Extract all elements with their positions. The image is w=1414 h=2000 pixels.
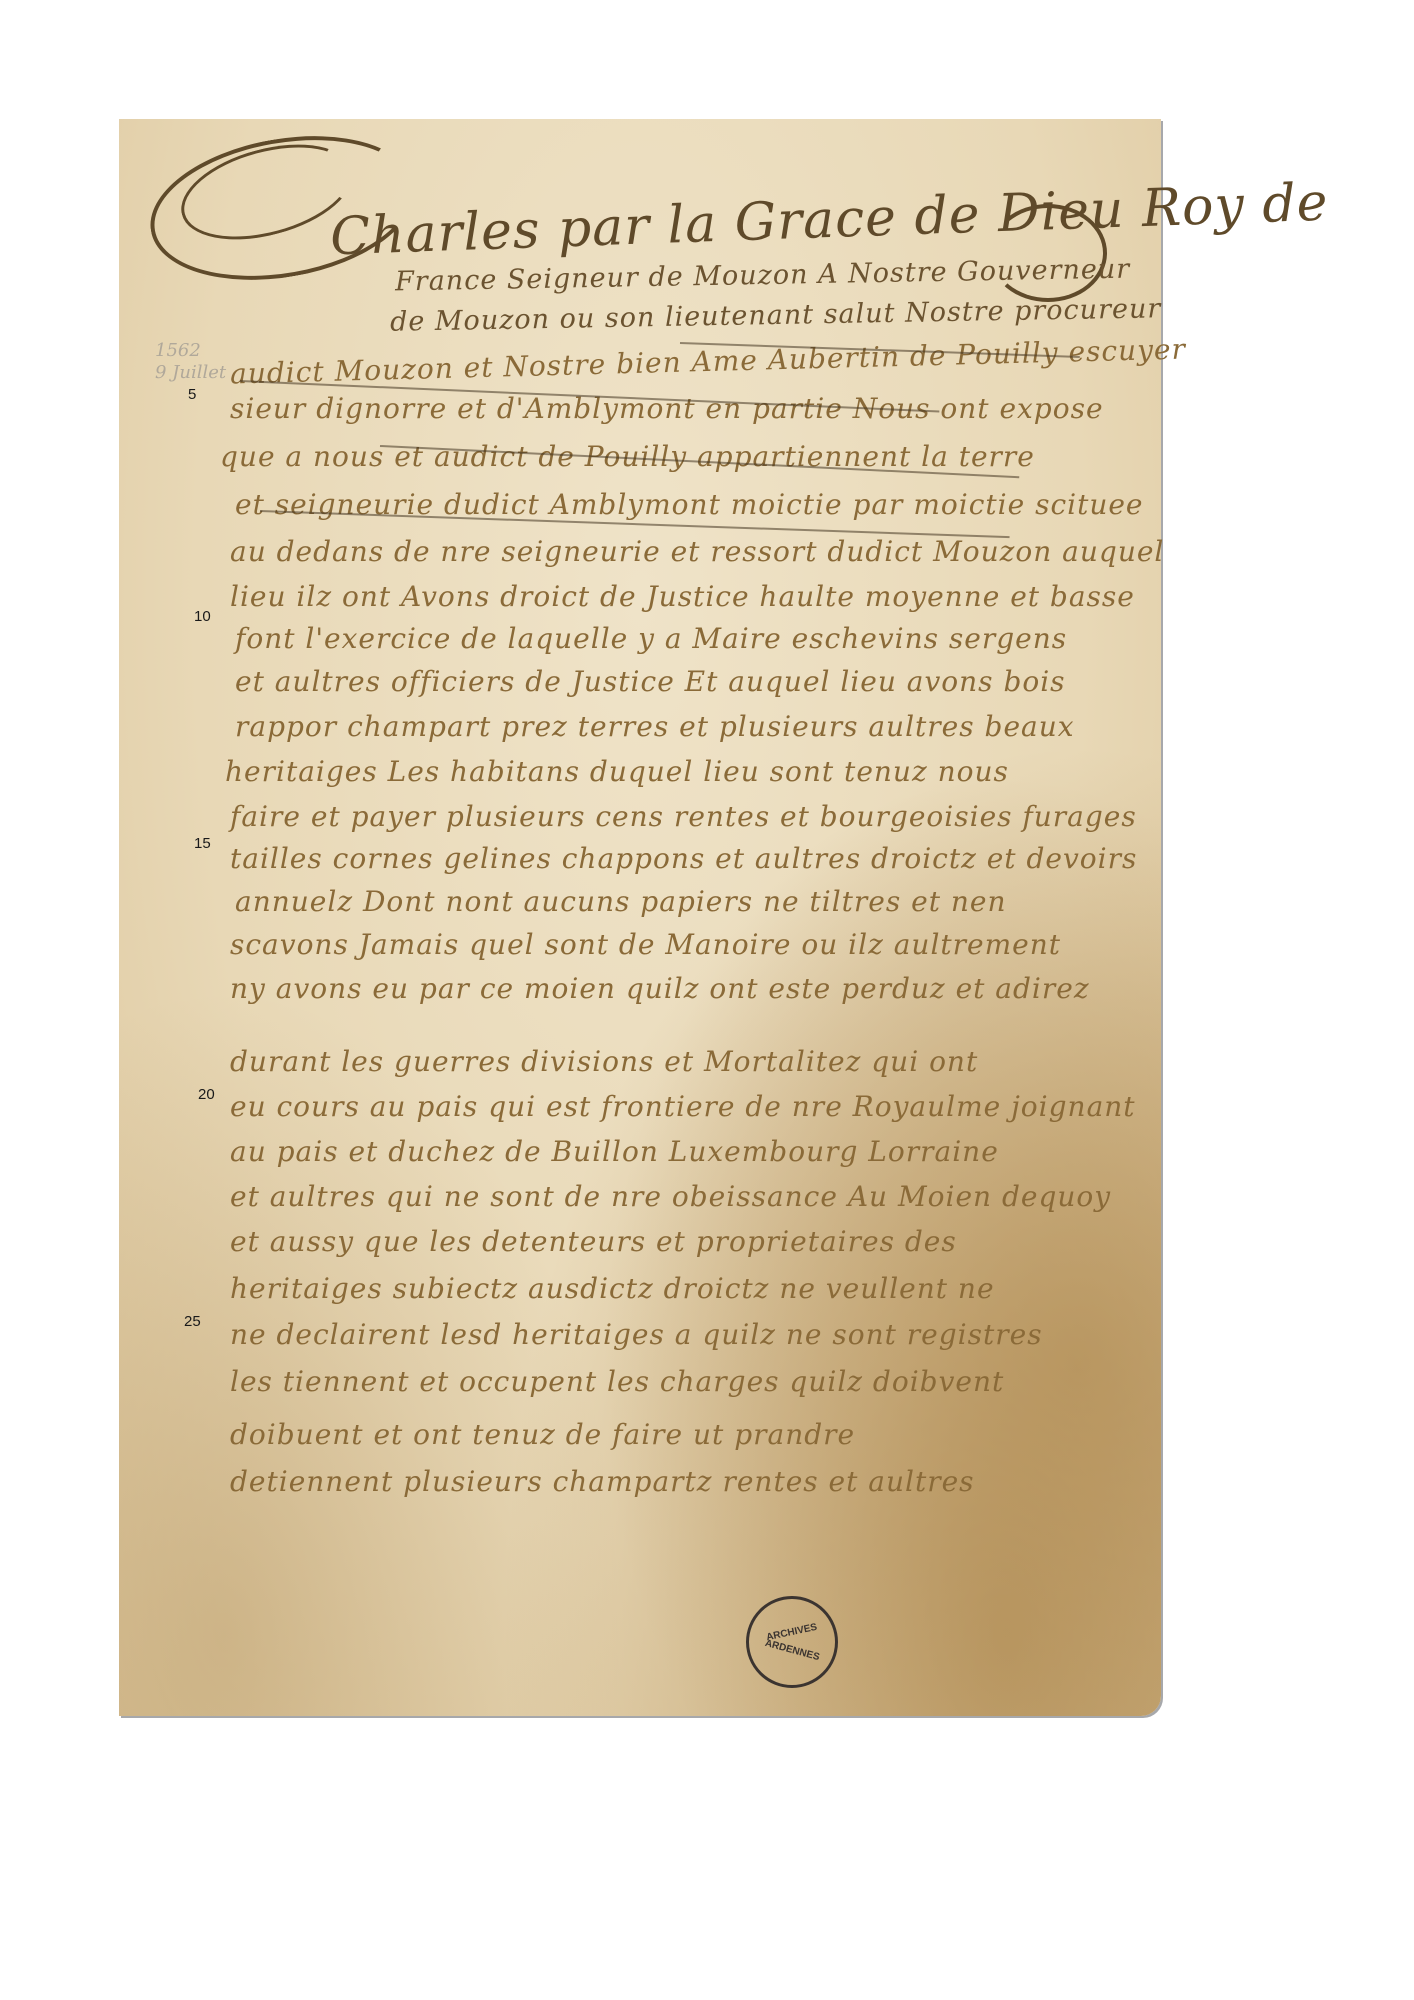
margin-date-note: 1562 9 Juillet [155,340,226,384]
margin-note-day: 9 Juillet [155,362,226,384]
manuscript-line-10: et aultres officiers de Justice Et auque… [235,665,1066,698]
archives-stamp: ARCHIVES ARDENNES [746,1596,838,1688]
manuscript-line-13: faire et payer plusieurs cens rentes et … [230,800,1137,833]
manuscript-line-27: detiennent plusieurs champartz rentes et… [230,1465,975,1498]
manuscript-line-25: les tiennent et occupent les charges qui… [230,1365,1004,1398]
manuscript-line-12: heritaiges Les habitans duquel lieu sont… [225,755,1009,788]
manuscript-line-8: lieu ilz ont Avons droict de Justice hau… [230,580,1135,613]
margin-note-year: 1562 [155,340,226,362]
manuscript-line-7: au dedans de nre seigneurie et ressort d… [230,535,1164,568]
manuscript-line-24: ne declairent lesd heritaiges a quilz ne… [230,1318,1043,1351]
line-number-5: 5 [188,386,196,403]
manuscript-line-16: scavons Jamais quel sont de Manoire ou i… [230,928,1061,961]
manuscript-line-23: heritaiges subiectz ausdictz droictz ne … [230,1272,995,1305]
manuscript-line-21: et aultres qui ne sont de nre obeissance… [230,1180,1111,1213]
manuscript-line-17: ny avons eu par ce moien quilz ont este … [230,972,1090,1005]
line-number-10: 10 [194,608,211,625]
manuscript-line-19: eu cours au pais qui est frontiere de nr… [230,1090,1136,1123]
manuscript-line-26: doibuent et ont tenuz de faire ut prandr… [230,1418,855,1451]
manuscript-line-11: rappor champart prez terres et plusieurs… [235,710,1075,743]
manuscript-line-22: et aussy que les detenteurs et proprieta… [230,1225,957,1258]
line-number-25: 25 [184,1313,201,1330]
manuscript-line-14: tailles cornes gelines chappons et aultr… [230,842,1137,875]
manuscript-line-20: au pais et duchez de Buillon Luxembourg … [230,1135,999,1168]
manuscript-line-15: annuelz Dont nont aucuns papiers ne tilt… [235,885,1007,918]
manuscript-line-9: font l'exercice de laquelle y a Maire es… [235,622,1067,655]
manuscript-line-4: sieur dignorre et d'Amblymont en partie … [230,392,1104,425]
manuscript-line-18: durant les guerres divisions et Mortalit… [230,1045,978,1078]
line-number-20: 20 [198,1086,215,1103]
manuscript-line-6: et seigneurie dudict Amblymont moictie p… [235,488,1144,521]
line-number-15: 15 [194,835,211,852]
